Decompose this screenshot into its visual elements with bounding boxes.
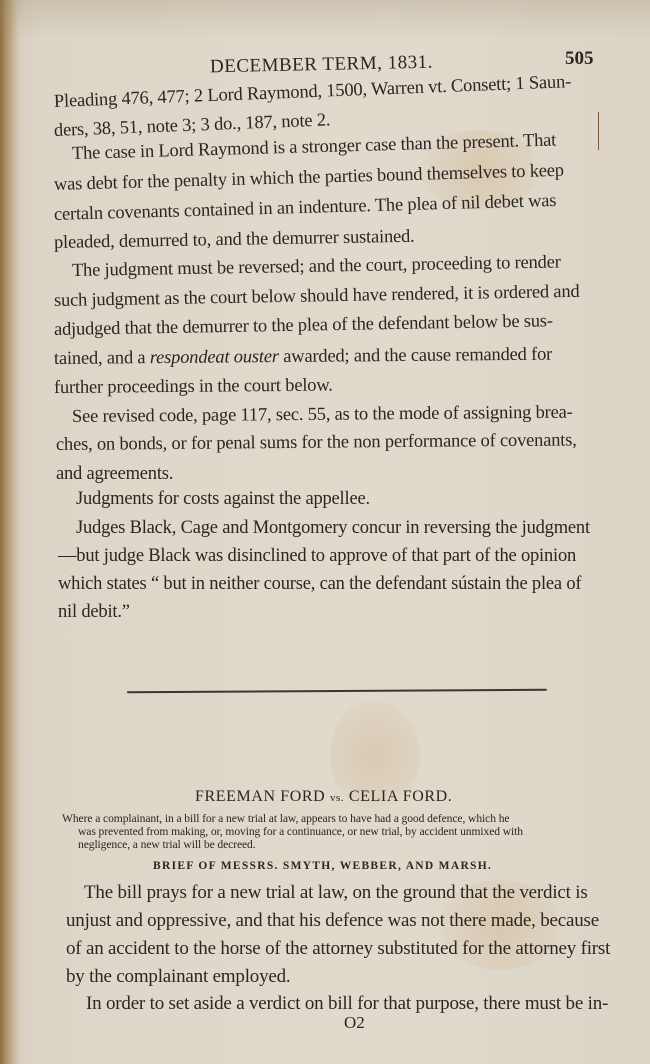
signature-mark: O2 bbox=[344, 1013, 365, 1033]
text-line: unjust and oppressive, and that his defe… bbox=[66, 910, 599, 932]
text-line: such judgment as the court below should … bbox=[54, 282, 580, 312]
brief-title: BRIEF OF MESSRS. SMYTH, WEBBER, AND MARS… bbox=[153, 860, 492, 872]
text-line: In order to set aside a verdict on bill … bbox=[86, 993, 608, 1015]
case-title: FREEMAN FORD vs. CELIA FORD. bbox=[195, 788, 452, 806]
text-line: of an accident to the horse of the attor… bbox=[66, 938, 610, 960]
text-line: Judgments for costs against the appellee… bbox=[76, 489, 370, 510]
text-line: which states “ but in neither course, ca… bbox=[58, 574, 581, 595]
text-line: The judgment must be reversed; and the c… bbox=[72, 252, 561, 282]
section-divider-rule bbox=[127, 689, 547, 694]
scanned-book-page: DECEMBER TERM, 1831. 505 Pleading 476, 4… bbox=[0, 0, 650, 1064]
text-line: nil debit.” bbox=[58, 602, 130, 623]
margin-pencil-mark bbox=[598, 112, 599, 150]
text-line: certaln covenants contained in an indent… bbox=[54, 191, 557, 226]
text-line: by the complainant employed. bbox=[66, 966, 290, 988]
case-headnote: Where a complainant, in a bill for a new… bbox=[62, 812, 622, 851]
text-line: ches, on bonds, or for penal sums for th… bbox=[56, 430, 577, 456]
text-line: The bill prays for a new trial at law, o… bbox=[84, 882, 588, 904]
headnote-line: Where a complainant, in a bill for a new… bbox=[62, 812, 622, 825]
text-line: further proceedings in the court below. bbox=[54, 376, 333, 399]
italic-phrase: respondeat ouster bbox=[150, 347, 279, 368]
text-line: —but judge Black was disinclined to appr… bbox=[58, 546, 576, 567]
text-line: pleaded, demurred to, and the demurrer s… bbox=[54, 227, 415, 254]
text-line: Judges Black, Cage and Montgomery concur… bbox=[76, 518, 590, 539]
headnote-line: negligence, a new trial will be decreed. bbox=[62, 838, 622, 851]
text-line: and agreements. bbox=[56, 464, 173, 485]
text-line: See revised code, page 117, sec. 55, as … bbox=[72, 403, 573, 428]
text-line: adjudged that the demurrer to the plea o… bbox=[54, 311, 553, 341]
page-number: 505 bbox=[565, 48, 594, 70]
running-head: DECEMBER TERM, 1831. bbox=[210, 52, 433, 79]
text-line: tained, and a respondeat ouster awarded;… bbox=[54, 345, 552, 370]
text-line: Pleading 476, 477; 2 Lord Raymond, 1500,… bbox=[54, 72, 572, 113]
headnote-line: was prevented from making, or, moving fo… bbox=[62, 825, 622, 838]
